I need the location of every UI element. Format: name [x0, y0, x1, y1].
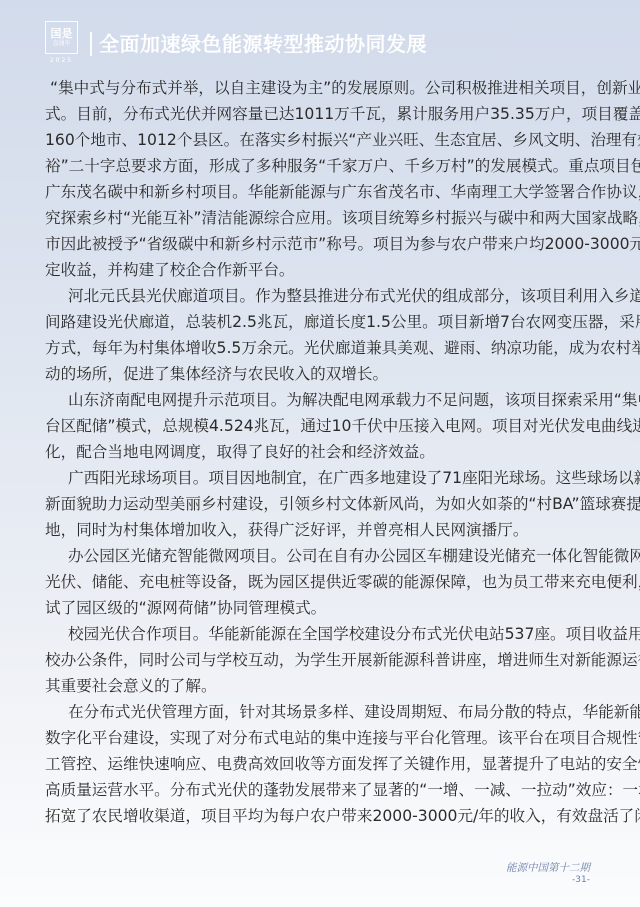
logo-year: 2025	[45, 57, 78, 64]
text-line: 校园光伏合作项目。华能新能源在全国学校建设分布式光伏电站537座。项目收益用于改…	[68, 624, 596, 644]
text-line: 地，同时为村集体增加收入，获得广泛好评，并曾亮相人民网演播厅。	[45, 520, 596, 540]
text-line: 广西阳光球场项目。项目因地制宜，在广西多地建设了71座阳光球场。这些球场以新技术…	[68, 468, 596, 488]
text-line: “集中式与分布式并举，以自主建设为主”的发展原则。公司积极推进相关项目，创新业务…	[50, 78, 596, 98]
text-line: 裕”二十字总要求方面，形成了多种服务“千家万户、千乡万村”的发展模式。重点项目包…	[45, 156, 596, 176]
text-line: 办公园区光储充智能微网项目。公司在自有办公园区车棚建设光储充一体化智能微网，配套	[68, 546, 596, 566]
text-line: 动的场所，促进了集体经济与农民收入的双增长。	[45, 364, 596, 384]
text-line: 数字化平台建设，实现了对分布式电站的集中连接与平台化管理。该平台在项目合规性管理…	[45, 728, 596, 748]
header-divider	[90, 32, 92, 56]
text-line: 工管控、运维快速响应、电费高效回收等方面发挥了关键作用，显著提升了电站的安全性和…	[45, 754, 596, 774]
text-line: 化，配合当地电网调度，取得了良好的社会和经济效益。	[45, 442, 596, 462]
text-line: 拓宽了农民增收渠道，项目平均为每户农户带来2000-3000元/年的收入，有效盘…	[45, 806, 596, 826]
text-line: 广东茂名碳中和新乡村项目。华能新能源与广东省茂名市、华南理工大学签署合作协议，共…	[45, 182, 596, 202]
page-title: 全面加速绿色能源转型推动协同发展	[99, 30, 427, 58]
text-line: 160个地市、1012个县区。在落实乡村振兴“产业兴旺、生态宜居、乡风文明、治理…	[45, 130, 596, 150]
logo-bottom-text: 直通车	[52, 40, 70, 48]
text-line: 方式，每年为村集体增收5.5万余元。光伏廊道兼具美观、避雨、纳凉功能，成为农村举…	[45, 338, 596, 358]
text-line: 市因此被授予“省级碳中和新乡村示范市”称号。项目为参与农户带来户均2000-30…	[45, 234, 596, 254]
text-line: 新面貌助力运动型美丽乡村建设，引领乡村文体新风尚，为如火如荼的“村BA”篮球赛提…	[45, 494, 596, 514]
text-line: 高质量运营水平。分布式光伏的蓬勃发展带来了显著的“一增、一减、一拉动”效应：一增…	[45, 780, 596, 800]
text-line: 山东济南配电网提升示范项目。为解决配电网承载力不足问题，该项目探索采用“集中汇流…	[68, 390, 596, 410]
text-line: 间路建设光伏廊道，总装机2.5兆瓦，廊道长度1.5公里。项目新增7台农网变压器，…	[45, 312, 596, 332]
publication-logo: 国是 直通车	[45, 21, 78, 54]
text-line: 试了园区级的“源网荷储”协同管理模式。	[45, 598, 596, 618]
text-line: 光伏、储能、充电桩等设备，既为园区提供近零碳的能源保障，也为员工带来充电便利，成…	[45, 572, 596, 592]
text-line: 式。目前，分布式光伏并网容量已达1011万千瓦，累计服务用户35.35万户，项目…	[45, 104, 596, 124]
text-line: 台区配储”模式，总规模4.524兆瓦，通过10千伏中压接入电网。项目对光伏发电曲…	[45, 416, 596, 436]
text-line: 其重要社会意义的了解。	[45, 676, 596, 696]
publication-name: 能源中国第十二期	[506, 860, 590, 875]
text-line: 定收益，并构建了校企合作新平台。	[45, 260, 596, 280]
text-line: 究探索乡村“光能互补”清洁能源综合应用。该项目统筹乡村振兴与碳中和两大国家战略，…	[45, 208, 596, 228]
page-header: 国是 直通车 2025 全面加速绿色能源转型推动协同发展	[0, 0, 640, 70]
text-line: 在分布式光伏管理方面，针对其场景多样、建设周期短、布局分散的特点，华能新能源通过	[68, 702, 596, 722]
logo-top-text: 国是	[51, 28, 73, 40]
text-line: 河北元氏县光伏廊道项目。作为整县推进分布式光伏的组成部分，该项目利用入乡道路、田	[68, 286, 596, 306]
page-number: -31-	[572, 875, 590, 885]
text-line: 校办公条件，同时公司与学校互动，为学生开展新能源科普讲座，增进师生对新能源运行原…	[45, 650, 596, 670]
